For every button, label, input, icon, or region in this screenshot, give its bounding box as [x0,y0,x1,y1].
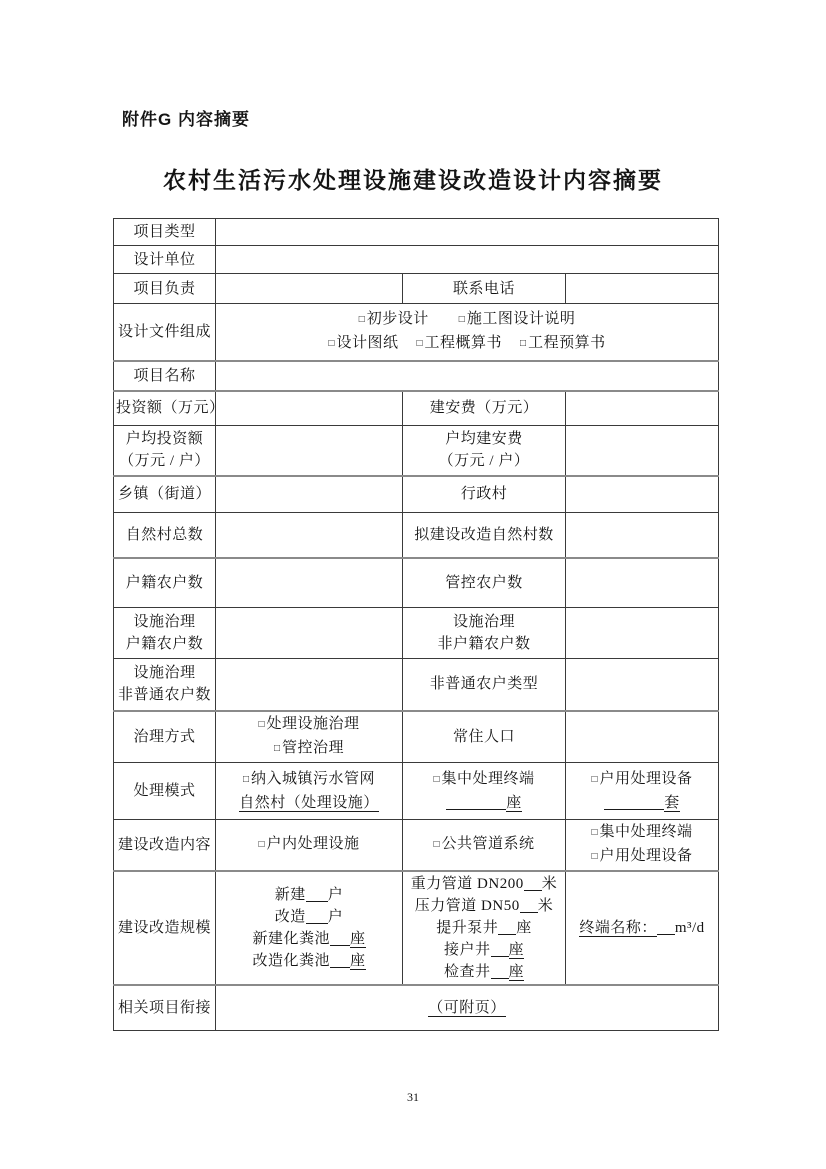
investment-label: 投资额（万元） [114,391,216,426]
per-household-investment-label: 户均投资额（万元 / 户） [114,426,216,476]
cell-line: 套 [568,792,716,814]
nonordinary-household-type-value [566,659,719,711]
document-page: 附件G 内容摘要 农村生活污水处理设施建设改造设计内容摘要 项目类型设计单位项目… [0,0,826,1169]
text-segment: 座 [350,953,366,970]
text-segment: 户籍农户数 [126,575,204,591]
text-segment: 设计文件组成 [118,324,211,340]
cell-line: 常住人口 [405,726,563,748]
text-segment: 座 [509,942,525,959]
text-segment: 座 [516,920,532,936]
text-segment: □公共管道系统 [433,836,534,852]
spacer [398,346,416,347]
text-segment: 改造化粪池 [252,953,330,969]
scale-households: 新建户改造户新建化粪池座改造化粪池座 [216,871,403,985]
cell-line: 建安费（万元） [405,397,563,419]
cell-line: （万元 / 户） [116,450,213,472]
project-name-label: 项目名称 [114,361,216,391]
cell-line: 项目名称 [116,365,213,387]
cell-line: 设施治理 [116,611,213,633]
text-segment: 自然村总数 [126,527,204,543]
investment-value [216,391,403,426]
text-segment: 套 [664,795,680,812]
fill-in-blank [498,919,516,935]
construction-cost-label: 建安费（万元） [403,391,566,426]
text-segment: 治理方式 [133,729,195,745]
cell-line: 户均投资额 [116,428,213,450]
design-unit-value [216,246,719,274]
table-row: 设施治理非普通农户数非普通农户类型 [114,659,719,711]
cell-line: 新建化粪池座 [218,928,400,950]
checkbox-icon: □ [243,769,249,791]
text-segment: 非普通农户数 [118,687,211,703]
construction-cost-value [566,391,719,426]
cell-line: □处理设施治理 [218,713,400,737]
facility-nonregistered-households-label: 设施治理非户籍农户数 [403,608,566,659]
text-segment: 联系电话 [453,281,515,297]
table-row: 建设改造内容□户内处理设施□公共管道系统□集中处理终端□户用处理设备 [114,819,719,871]
facility-registered-households-value [216,608,403,659]
text-segment: 接户井 [444,942,491,958]
cell-line: □户用处理设备 [568,845,716,869]
checkbox-icon: □ [591,822,597,844]
cell-line: 非普通农户类型 [405,673,563,695]
cell-line: （万元 / 户） [405,450,563,472]
mode-household-equipment: □户用处理设备套 [566,762,719,819]
table-row: 相关项目衔接（可附页） [114,985,719,1031]
cell-line: 改造化粪池座 [218,950,400,972]
design-unit-label: 设计单位 [114,246,216,274]
text-segment: 新建 [275,887,306,903]
fill-in-blank [330,930,350,946]
text-segment: 自然村（处理设施） [239,795,379,812]
text-segment: □户用处理设备 [591,848,692,864]
text-segment: 处理模式 [133,783,195,799]
table-row: 治理方式□处理设施治理□管控治理常住人口 [114,711,719,763]
text-segment: 新建化粪池 [252,931,330,947]
nonordinary-household-type-label: 非普通农户类型 [403,659,566,711]
facility-nonordinary-households-value [216,659,403,711]
cell-line: 终端名称：m³/d [568,917,716,939]
cell-line: □公共管道系统 [405,833,563,857]
text-segment: （可附页） [428,1000,506,1017]
checkbox-icon: □ [258,834,264,856]
fill-in-blank [491,941,509,957]
text-segment: 投资额（万元） [116,400,225,416]
table-row: 项目名称 [114,361,719,391]
text-segment: 米 [542,876,558,892]
fill-in-blank [330,952,350,968]
cell-line: 设施治理 [116,662,213,684]
cell-line: 项目类型 [116,221,213,243]
cell-line: 设计单位 [116,249,213,271]
text-segment: □集中处理终端 [591,824,692,840]
cell-line: 接户井座 [405,939,563,961]
cell-line: 压力管道 DN50米 [405,895,563,917]
text-segment: □户内处理设施 [258,836,359,852]
table-row: 投资额（万元）建安费（万元） [114,391,719,426]
cell-line: 拟建设改造自然村数 [405,524,563,546]
content-indoor-facility: □户内处理设施 [216,819,403,871]
checkbox-icon: □ [433,834,439,856]
text-segment: □纳入城镇污水管网 [243,771,375,787]
text-segment: 提升泵井 [436,920,498,936]
text-segment: 项目类型 [133,224,195,240]
cell-line: □户用处理设备 [568,768,716,792]
cell-line: □设计图纸□工程概算书□工程预算书 [218,332,716,356]
checkbox-icon: □ [459,309,465,331]
scale-terminal: 终端名称：m³/d [566,871,719,985]
text-segment: □管控治理 [274,740,344,756]
construction-content-label: 建设改造内容 [114,819,216,871]
treatment-mode-label: 处理模式 [114,762,216,819]
text-segment: 拟建设改造自然村数 [414,527,554,543]
text-segment: （万元 / 户） [439,453,530,469]
table-row: 设计单位 [114,246,719,274]
cell-line: 管控农户数 [405,572,563,594]
fill-in-blank [306,908,328,924]
text-segment: □工程预算书 [520,335,606,351]
cell-line: 设计文件组成 [116,321,213,343]
text-segment: 户 [328,887,344,903]
text-segment: 建设改造内容 [118,837,211,853]
text-segment: 压力管道 DN50 [415,898,520,914]
fill-in-blank [657,919,675,935]
cell-line: 户籍农户数 [116,572,213,594]
text-segment: （万元 / 户） [119,453,210,469]
registered-households-label: 户籍农户数 [114,558,216,608]
checkbox-icon: □ [359,309,365,331]
design-docs-label: 设计文件组成 [114,304,216,361]
planned-villages-value [566,513,719,558]
cell-line: □户内处理设施 [218,833,400,857]
contact-phone-label: 联系电话 [403,274,566,304]
text-segment: 座 [506,795,522,812]
text-segment: 非户籍农户数 [437,636,530,652]
table-body: 项目类型设计单位项目负责联系电话设计文件组成□初步设计□施工图设计说明□设计图纸… [114,219,719,1031]
table-row: 处理模式□纳入城镇污水管网自然村（处理设施）□集中处理终端座□户用处理设备套 [114,762,719,819]
cell-line: 相关项目衔接 [116,997,213,1019]
text-segment: 乡镇（街道） [118,486,211,502]
table-row: 项目类型 [114,219,719,246]
summary-table: 项目类型设计单位项目负责联系电话设计文件组成□初步设计□施工图设计说明□设计图纸… [113,218,719,1031]
text-segment: □设计图纸 [328,335,398,351]
facility-nonordinary-households-label: 设施治理非普通农户数 [114,659,216,711]
text-segment: 行政村 [461,486,508,502]
text-segment: 重力管道 DN200 [411,876,524,892]
cell-line: 建设改造内容 [116,834,213,856]
natural-village-total-value [216,513,403,558]
cell-line: □集中处理终端 [405,768,563,792]
cell-line: □管控治理 [218,737,400,761]
text-segment: 建安费（万元） [430,400,539,416]
cell-line: 非普通农户数 [116,684,213,706]
design-docs-options: □初步设计□施工图设计说明□设计图纸□工程概算书□工程预算书 [216,304,719,361]
cell-line: 自然村（处理设施） [218,792,400,814]
table-row: 乡镇（街道）行政村 [114,476,719,513]
spacer [502,346,520,347]
text-segment: m³/d [675,920,705,936]
text-segment: 户 [328,909,344,925]
page-number: 31 [0,1090,826,1105]
text-segment: 常住人口 [453,729,515,745]
text-segment: 户均投资额 [126,431,204,447]
project-lead-value [216,274,403,304]
text-segment: □工程概算书 [416,335,502,351]
mode-sewer-network: □纳入城镇污水管网自然村（处理设施） [216,762,403,819]
fill-in-blank [491,963,509,979]
per-household-investment-value [216,426,403,476]
related-projects-label: 相关项目衔接 [114,985,216,1031]
contact-phone-value [566,274,719,304]
fill-in-blank [524,875,542,891]
content-terminal-equipment: □集中处理终端□户用处理设备 [566,819,719,871]
planned-villages-label: 拟建设改造自然村数 [403,513,566,558]
treatment-method-options: □处理设施治理□管控治理 [216,711,403,763]
fill-in-blank [520,897,538,913]
text-segment: 检查井 [444,964,491,980]
cell-line: 治理方式 [116,726,213,748]
table-row: 设计文件组成□初步设计□施工图设计说明□设计图纸□工程概算书□工程预算书 [114,304,719,361]
related-projects-value: （可附页） [216,985,719,1031]
construction-scale-label: 建设改造规模 [114,871,216,985]
document-title: 农村生活污水处理设施建设改造设计内容摘要 [0,162,826,195]
checkbox-icon: □ [591,846,597,868]
cell-line: 座 [405,792,563,814]
checkbox-icon: □ [416,333,422,355]
cell-line: 重力管道 DN200米 [405,873,563,895]
cell-line: □纳入城镇污水管网 [218,768,400,792]
cell-line: 行政村 [405,483,563,505]
spacer [429,322,459,323]
admin-village-label: 行政村 [403,476,566,513]
resident-population-label: 常住人口 [403,711,566,763]
fill-in-blank [604,794,664,810]
checkbox-icon: □ [328,333,334,355]
managed-households-value [566,558,719,608]
cell-line: 自然村总数 [116,524,213,546]
project-type-value [216,219,719,246]
table-row: 项目负责联系电话 [114,274,719,304]
text-segment: 米 [538,898,554,914]
cell-line: 项目负责 [116,278,213,300]
table-row: 建设改造规模新建户改造户新建化粪池座改造化粪池座重力管道 DN200米压力管道 … [114,871,719,985]
cell-line: 投资额（万元） [116,397,213,419]
township-value [216,476,403,513]
text-segment: □施工图设计说明 [459,311,576,327]
text-segment: 座 [509,964,525,981]
cell-line: 设施治理 [405,611,563,633]
text-segment: 设施治理 [133,614,195,630]
registered-households-value [216,558,403,608]
text-segment: 建设改造规模 [118,920,211,936]
text-segment: 项目名称 [133,368,195,384]
checkbox-icon: □ [591,769,597,791]
cell-line: 户籍农户数 [116,633,213,655]
facility-nonregistered-households-value [566,608,719,659]
cell-line: 检查井座 [405,961,563,983]
table-row: 设施治理户籍农户数设施治理非户籍农户数 [114,608,719,659]
fill-in-blank [306,886,328,902]
facility-registered-households-label: 设施治理户籍农户数 [114,608,216,659]
natural-village-total-label: 自然村总数 [114,513,216,558]
text-segment: 户均建安费 [445,431,523,447]
resident-population-value [566,711,719,763]
managed-households-label: 管控农户数 [403,558,566,608]
text-segment: 改造 [275,909,306,925]
township-label: 乡镇（街道） [114,476,216,513]
cell-line: 建设改造规模 [116,917,213,939]
text-segment: 非普通农户类型 [430,676,539,692]
cell-line: （可附页） [218,997,716,1019]
checkbox-icon: □ [433,769,439,791]
cell-line: □初步设计□施工图设计说明 [218,308,716,332]
checkbox-icon: □ [258,714,264,736]
cell-line: 户均建安费 [405,428,563,450]
text-segment: 管控农户数 [445,575,523,591]
text-segment: 设计单位 [133,252,195,268]
cell-line: 乡镇（街道） [116,483,213,505]
project-type-label: 项目类型 [114,219,216,246]
mode-centralized-terminal: □集中处理终端座 [403,762,566,819]
text-segment: 户籍农户数 [126,636,204,652]
treatment-method-label: 治理方式 [114,711,216,763]
text-segment: □处理设施治理 [258,716,359,732]
text-segment: □初步设计 [359,311,429,327]
text-segment: 终端名称： [579,920,657,937]
fill-in-blank [446,794,506,810]
checkbox-icon: □ [274,738,280,760]
cell-line: 改造户 [218,906,400,928]
per-household-construction-cost-value [566,426,719,476]
per-household-construction-cost-label: 户均建安费（万元 / 户） [403,426,566,476]
content-public-pipeline: □公共管道系统 [403,819,566,871]
cell-line: □集中处理终端 [568,821,716,845]
cell-line: 提升泵井座 [405,917,563,939]
text-segment: □户用处理设备 [591,771,692,787]
text-segment: 设施治理 [133,665,195,681]
text-segment: 设施治理 [453,614,515,630]
project-lead-label: 项目负责 [114,274,216,304]
table-row: 自然村总数拟建设改造自然村数 [114,513,719,558]
text-segment: □集中处理终端 [433,771,534,787]
admin-village-value [566,476,719,513]
attachment-heading: 附件G 内容摘要 [122,105,250,130]
checkbox-icon: □ [520,333,526,355]
text-segment: 项目负责 [133,281,195,297]
text-segment: 座 [350,931,366,948]
project-name-value [216,361,719,391]
scale-pipelines: 重力管道 DN200米压力管道 DN50米提升泵井座接户井座检查井座 [403,871,566,985]
table-row: 户均投资额（万元 / 户）户均建安费（万元 / 户） [114,426,719,476]
cell-line: 处理模式 [116,780,213,802]
cell-line: 联系电话 [405,278,563,300]
cell-line: 新建户 [218,884,400,906]
cell-line: 非户籍农户数 [405,633,563,655]
table-row: 户籍农户数管控农户数 [114,558,719,608]
text-segment: 相关项目衔接 [118,1000,211,1016]
